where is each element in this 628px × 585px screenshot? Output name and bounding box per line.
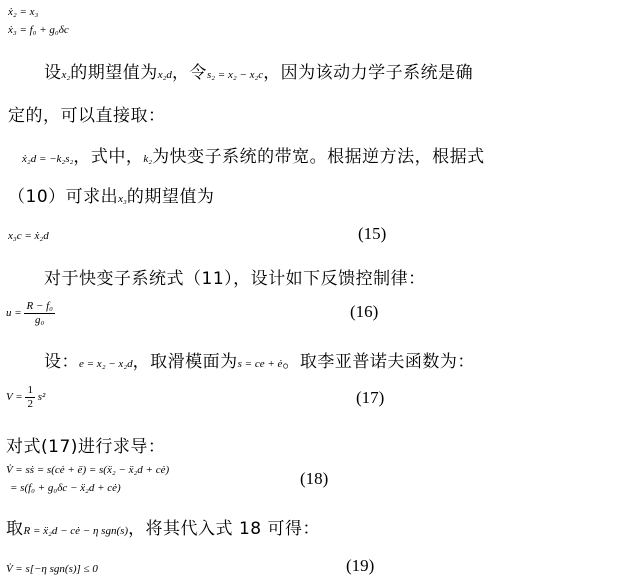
lhs: u = xyxy=(6,307,22,319)
text: 取 xyxy=(6,519,24,539)
var-R-def: R = ẍ₂d − cė − η sgn(s) xyxy=(24,525,129,537)
fraction: 1 2 xyxy=(25,384,35,411)
equation-x3-dot: ẋ₃ = f₀ + g₀δc xyxy=(8,24,69,36)
text: 的期望值为 xyxy=(70,63,158,83)
text: ，取滑模面为 xyxy=(133,352,238,372)
lhs: V = xyxy=(6,391,23,403)
equation-number-17: (17) xyxy=(356,388,384,408)
paragraph-substitute: 取R = ẍ₂d − cė − η sgn(s)，将其代入式 18 可得： xyxy=(6,514,320,539)
var-s2-def: s₂ = x₂ − x₂c xyxy=(207,69,263,81)
equation-x2d-dot: ẋ₂d = −k₂s₂ xyxy=(22,153,73,165)
equation-18-line2: = s(f₀ + g₀δc − ẍ₂d + cė) xyxy=(10,482,121,494)
denominator: 2 xyxy=(25,398,35,411)
equation-x2-dot: ẋ₂ = x₃ xyxy=(8,6,38,18)
text: 设 xyxy=(44,63,62,83)
numerator: 1 xyxy=(25,384,35,398)
text: ，令 xyxy=(172,63,207,83)
text: 设： xyxy=(44,352,79,372)
var-x3: x₃ xyxy=(118,193,127,205)
paragraph-desired-value: 设x₂的期望值为x₂d，令s₂ = x₂ − x₂c，因为该动力学子系统是确 xyxy=(44,58,473,83)
var-x2d: x₂d xyxy=(158,69,172,81)
equation-number-15: (15) xyxy=(358,224,386,244)
equation-number-19: (19) xyxy=(346,556,374,576)
equation-16: u = R − f₀ g₀ xyxy=(6,300,55,327)
paragraph-x3-desired: （10）可求出x₃的期望值为 xyxy=(8,182,214,207)
text: 的期望值为 xyxy=(127,187,215,207)
var-e-def: e = x₂ − x₂d xyxy=(79,358,133,370)
equation-number-16: (16) xyxy=(350,302,378,322)
text: 为快变子系统的带宽。根据逆方法，根据式 xyxy=(152,147,485,167)
paragraph-feedback-law: 对于快变子系统式（11），设计如下反馈控制律： xyxy=(44,264,426,289)
numerator: R − f₀ xyxy=(24,300,55,314)
equation-number-18: (18) xyxy=(300,469,328,489)
text: ，将其代入式 18 可得： xyxy=(128,519,320,539)
var-k2: k₂ xyxy=(143,153,152,165)
text: ，因为该动力学子系统是确 xyxy=(263,63,473,83)
paragraph-derivative: 对式(17)进行求导： xyxy=(6,432,165,457)
var-x2: x₂ xyxy=(62,69,71,81)
paragraph-continued: 定的，可以直接取： xyxy=(8,101,166,126)
denominator: g₀ xyxy=(24,314,55,327)
equation-15: x₃c = ẋ₂d xyxy=(8,230,49,242)
text: （10）可求出 xyxy=(8,187,118,207)
paragraph-bandwidth: ẋ₂d = −k₂s₂，式中，k₂为快变子系统的带宽。根据逆方法，根据式 xyxy=(22,142,485,167)
fraction: R − f₀ g₀ xyxy=(24,300,55,327)
equation-17: V = 1 2 s² xyxy=(6,384,45,411)
equation-18-line1: V̇ = sṡ = s(cė + ë) = s(ẍ₂ − ẍ₂d + cė) xyxy=(6,464,169,476)
paragraph-sliding-surface: 设：e = x₂ − x₂d，取滑模面为s = ce + ė。取李亚普诺夫函数为… xyxy=(44,347,475,372)
equation-19: V̇ = s[−η sgn(s)] ≤ 0 xyxy=(6,563,98,575)
text: ，式中， xyxy=(73,147,143,167)
text: 。取李亚普诺夫函数为： xyxy=(282,352,475,372)
rhs: s² xyxy=(38,391,46,403)
var-s-def: s = ce + ė xyxy=(238,358,283,370)
